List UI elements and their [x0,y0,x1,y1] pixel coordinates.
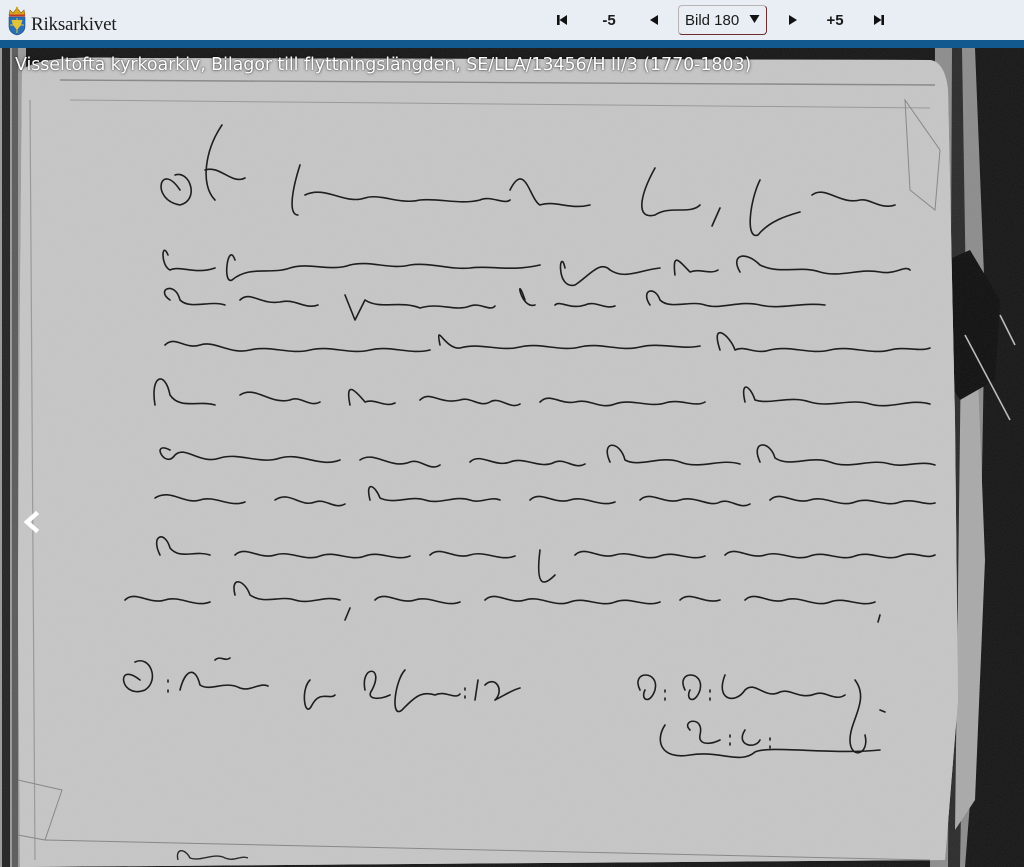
next-image-button[interactable] [779,5,807,35]
back-5-button[interactable]: -5 [578,5,640,35]
previous-image-arrow[interactable] [18,510,44,538]
skip-to-last-icon [873,14,885,26]
previous-image-button[interactable] [640,5,668,35]
brand-name: Riksarkivet [31,14,116,36]
archive-title: Visseltofta kyrkoarkiv, Bilagor till fly… [15,55,751,75]
first-image-button[interactable] [546,5,578,35]
last-image-button[interactable] [863,5,895,35]
crown-shield-emblem-icon [6,6,28,36]
accent-bar [0,40,1024,48]
triangle-right-icon [788,14,798,26]
chevron-left-icon [22,511,40,538]
image-navigation: -5 Bild 180 +5 [546,4,895,36]
riksarkivet-logo[interactable]: Riksarkivet [6,5,116,37]
image-number-value: Bild 180 [685,12,739,29]
document-image-viewer[interactable] [0,48,1024,867]
top-bar: Riksarkivet -5 Bild 180 +5 [0,0,1024,40]
scanned-document-image [0,48,1024,867]
forward-5-button[interactable]: +5 [807,5,863,35]
triangle-down-icon [749,13,760,27]
skip-to-first-icon [556,14,568,26]
image-number-select[interactable]: Bild 180 [678,5,767,35]
triangle-left-icon [649,14,659,26]
